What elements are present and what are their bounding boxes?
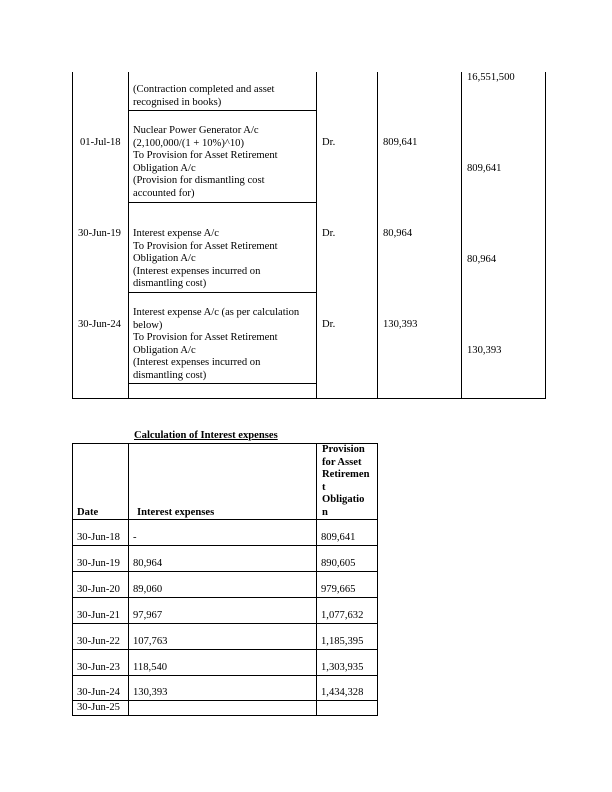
entry-date: 30-Jun-24 xyxy=(78,319,121,332)
row-divider xyxy=(72,545,378,546)
table-border xyxy=(461,72,462,399)
row-date: 30-Jun-20 xyxy=(77,584,120,597)
column-header-date: Date xyxy=(77,507,98,520)
row-provision: 1,185,395 xyxy=(321,636,363,649)
row-interest: 118,540 xyxy=(133,662,167,675)
row-provision: 809,641 xyxy=(321,532,355,545)
row-divider xyxy=(72,623,378,624)
row-divider xyxy=(128,110,317,111)
row-interest: - xyxy=(133,532,137,545)
row-date: 30-Jun-18 xyxy=(77,532,120,545)
entry-credit: 809,641 xyxy=(467,163,501,176)
table-border xyxy=(377,72,378,399)
row-divider xyxy=(128,292,317,293)
table-border xyxy=(545,72,546,399)
row-interest: 97,967 xyxy=(133,610,162,623)
interest-table-title: Calculation of Interest expenses xyxy=(134,430,278,443)
row-provision: 1,077,632 xyxy=(321,610,363,623)
entry-credit: 80,964 xyxy=(467,254,496,267)
row-interest: 89,060 xyxy=(133,584,162,597)
entry-dr-label: Dr. xyxy=(322,137,335,150)
narration: (Contraction completed and asset recogni… xyxy=(133,84,275,109)
entry-debit: 130,393 xyxy=(383,319,417,332)
entry-particulars: Interest expense A/c (as per calculation… xyxy=(133,307,299,383)
table-border xyxy=(316,72,317,399)
entry-date: 30-Jun-19 xyxy=(78,228,121,241)
row-date: 30-Jun-24 xyxy=(77,687,120,700)
row-date: 30-Jun-19 xyxy=(77,558,120,571)
row-provision: 979,665 xyxy=(321,584,355,597)
entry-debit: 80,964 xyxy=(383,228,412,241)
row-divider xyxy=(72,675,378,676)
column-header-interest: Interest expenses xyxy=(137,507,214,520)
row-provision: 1,303,935 xyxy=(321,662,363,675)
balance-amount: 16,551,500 xyxy=(467,72,515,85)
row-divider xyxy=(72,571,378,572)
table-border xyxy=(72,398,546,399)
row-date: 30-Jun-23 xyxy=(77,662,120,675)
row-provision: 1,434,328 xyxy=(321,687,363,700)
entry-debit: 809,641 xyxy=(383,137,417,150)
row-divider xyxy=(72,649,378,650)
column-header-provision: Provision for Asset Retiremen t Obligati… xyxy=(322,444,369,520)
row-interest: 130,393 xyxy=(133,687,167,700)
row-divider xyxy=(128,383,317,384)
row-date: 30-Jun-22 xyxy=(77,636,120,649)
row-date: 30-Jun-21 xyxy=(77,610,120,623)
entry-particulars: Interest expense A/c To Provision for As… xyxy=(133,228,278,291)
row-divider xyxy=(128,202,317,203)
table-border xyxy=(72,715,378,716)
entry-particulars: Nuclear Power Generator A/c (2,100,000/(… xyxy=(133,125,278,201)
entry-date: 01-Jul-18 xyxy=(80,137,121,150)
entry-dr-label: Dr. xyxy=(322,319,335,332)
entry-credit: 130,393 xyxy=(467,345,501,358)
table-border xyxy=(72,72,73,399)
row-interest: 80,964 xyxy=(133,558,162,571)
row-divider xyxy=(72,700,378,701)
row-divider xyxy=(72,597,378,598)
row-provision: 890,605 xyxy=(321,558,355,571)
row-interest: 107,763 xyxy=(133,636,167,649)
row-date: 30-Jun-25 xyxy=(77,702,120,715)
table-border xyxy=(128,72,129,399)
entry-dr-label: Dr. xyxy=(322,228,335,241)
